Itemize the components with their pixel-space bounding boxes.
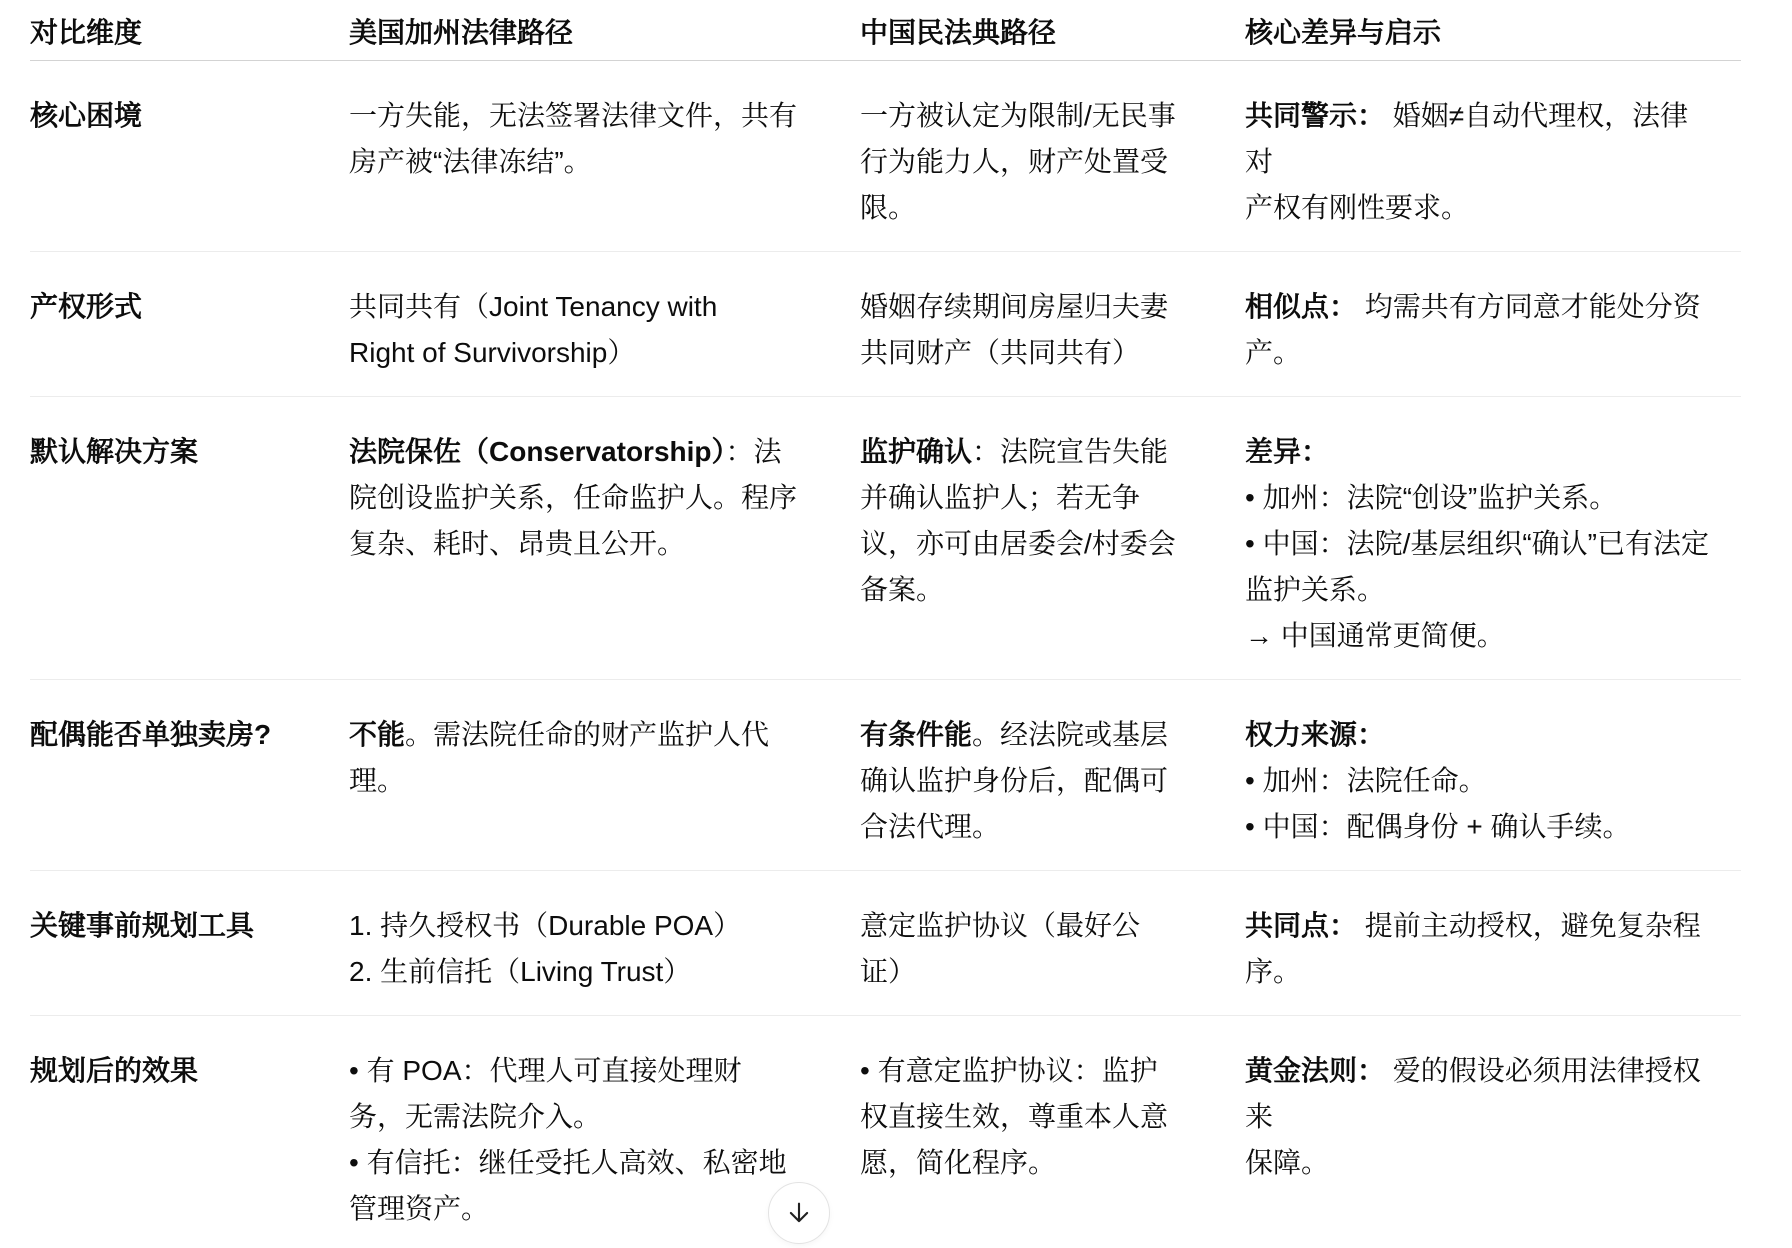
table-row: 关键事前规划工具1. 持久授权书（Durable POA） 2. 生前信托（Li…	[30, 871, 1741, 1016]
table-row: 规划后的效果• 有 POA：代理人可直接处理财 务，无需法院介入。 • 有信托：…	[30, 1016, 1741, 1248]
cell-bold-text: 黄金法则：	[1245, 1055, 1385, 1086]
cell-text: 一方失能，无法签署法律文件，共有 房产被“法律冻结”。	[349, 100, 797, 177]
cell-bold-text: 权力来源：	[1245, 719, 1385, 750]
scroll-to-bottom-button[interactable]	[768, 1182, 830, 1244]
cell-bold-text: 共同警示：	[1245, 100, 1385, 131]
cell-bold-text: 不能	[349, 719, 405, 750]
row-dimension-label: 关键事前规划工具	[30, 871, 349, 1016]
table-cell: 共同共有（Joint Tenancy with Right of Survivo…	[349, 252, 860, 397]
cell-text: 1. 持久授权书（Durable POA） 2. 生前信托（Living Tru…	[349, 910, 741, 987]
cell-text: • 有意定监护协议：监护 权直接生效，尊重本人意 愿，简化程序。	[860, 1055, 1168, 1178]
table-cell: 一方被认定为限制/无民事 行为能力人，财产处置受 限。	[860, 61, 1245, 252]
table-header-row: 对比维度美国加州法律路径中国民法典路径核心差异与启示	[30, 0, 1741, 61]
cell-bold-text: 共同点：	[1245, 910, 1357, 941]
cell-bold-text: 法院保佐（Conservatorship）	[349, 436, 726, 467]
cell-text: 一方被认定为限制/无民事 行为能力人，财产处置受 限。	[860, 100, 1176, 223]
table-body: 核心困境一方失能，无法签署法律文件，共有 房产被“法律冻结”。一方被认定为限制/…	[30, 61, 1741, 1248]
table-cell: 共同警示： 婚姻≠自动代理权，法律对 产权有刚性要求。	[1245, 61, 1741, 252]
column-header: 中国民法典路径	[860, 0, 1245, 61]
comparison-table-page: 对比维度美国加州法律路径中国民法典路径核心差异与启示 核心困境一方失能，无法签署…	[0, 0, 1792, 1248]
table-cell: 法院保佐（Conservatorship）：法 院创设监护关系，任命监护人。程序…	[349, 397, 860, 680]
row-dimension-label: 配偶能否单独卖房?	[30, 680, 349, 871]
table-cell: 意定监护协议（最好公 证）	[860, 871, 1245, 1016]
table-cell: 相似点： 均需共有方同意才能处分资 产。	[1245, 252, 1741, 397]
comparison-table: 对比维度美国加州法律路径中国民法典路径核心差异与启示 核心困境一方失能，无法签署…	[30, 0, 1741, 1248]
cell-text: 。需法院任命的财产监护人代 理。	[349, 719, 769, 796]
cell-text: 婚姻存续期间房屋归夫妻 共同财产（共同共有）	[860, 291, 1168, 368]
row-dimension-label: 核心困境	[30, 61, 349, 252]
table-cell: 1. 持久授权书（Durable POA） 2. 生前信托（Living Tru…	[349, 871, 860, 1016]
cell-bold-text: 有条件能	[860, 719, 972, 750]
cell-text: • 加州：法院任命。 • 中国：配偶身份 + 确认手续。	[1245, 765, 1631, 842]
cell-text: 意定监护协议（最好公 证）	[860, 910, 1140, 987]
cell-bold-text: 监护确认	[860, 436, 972, 467]
column-header: 对比维度	[30, 0, 349, 61]
table-cell: 监护确认：法院宣告失能 并确认监护人；若无争 议，亦可由居委会/村委会 备案。	[860, 397, 1245, 680]
table-cell: 不能。需法院任命的财产监护人代 理。	[349, 680, 860, 871]
row-dimension-label: 规划后的效果	[30, 1016, 349, 1248]
column-header: 核心差异与启示	[1245, 0, 1741, 61]
cell-text: 共同共有（Joint Tenancy with Right of Survivo…	[349, 291, 717, 368]
column-header: 美国加州法律路径	[349, 0, 860, 61]
table-cell: 一方失能，无法签署法律文件，共有 房产被“法律冻结”。	[349, 61, 860, 252]
arrow-down-icon	[784, 1198, 814, 1228]
table-cell: 黄金法则： 爱的假设必须用法律授权来 保障。	[1245, 1016, 1741, 1248]
table-cell: 有条件能。经法院或基层 确认监护身份后，配偶可 合法代理。	[860, 680, 1245, 871]
cell-bold-text: 差异：	[1245, 436, 1329, 467]
table-cell: 婚姻存续期间房屋归夫妻 共同财产（共同共有）	[860, 252, 1245, 397]
cell-bold-text: 相似点：	[1245, 291, 1357, 322]
row-dimension-label: 默认解决方案	[30, 397, 349, 680]
table-row: 默认解决方案法院保佐（Conservatorship）：法 院创设监护关系，任命…	[30, 397, 1741, 680]
table-cell: • 有意定监护协议：监护 权直接生效，尊重本人意 愿，简化程序。	[860, 1016, 1245, 1248]
table-cell: 权力来源： • 加州：法院任命。 • 中国：配偶身份 + 确认手续。	[1245, 680, 1741, 871]
cell-text: • 加州：法院“创设”监护关系。 • 中国：法院/基层组织“确认”已有法定 监护…	[1245, 482, 1709, 651]
table-cell: 共同点： 提前主动授权，避免复杂程 序。	[1245, 871, 1741, 1016]
cell-text: • 有 POA：代理人可直接处理财 务，无需法院介入。 • 有信托：继任受托人高…	[349, 1055, 787, 1224]
table-row: 配偶能否单独卖房?不能。需法院任命的财产监护人代 理。有条件能。经法院或基层 确…	[30, 680, 1741, 871]
row-dimension-label: 产权形式	[30, 252, 349, 397]
table-row: 核心困境一方失能，无法签署法律文件，共有 房产被“法律冻结”。一方被认定为限制/…	[30, 61, 1741, 252]
table-row: 产权形式共同共有（Joint Tenancy with Right of Sur…	[30, 252, 1741, 397]
table-cell: 差异： • 加州：法院“创设”监护关系。 • 中国：法院/基层组织“确认”已有法…	[1245, 397, 1741, 680]
